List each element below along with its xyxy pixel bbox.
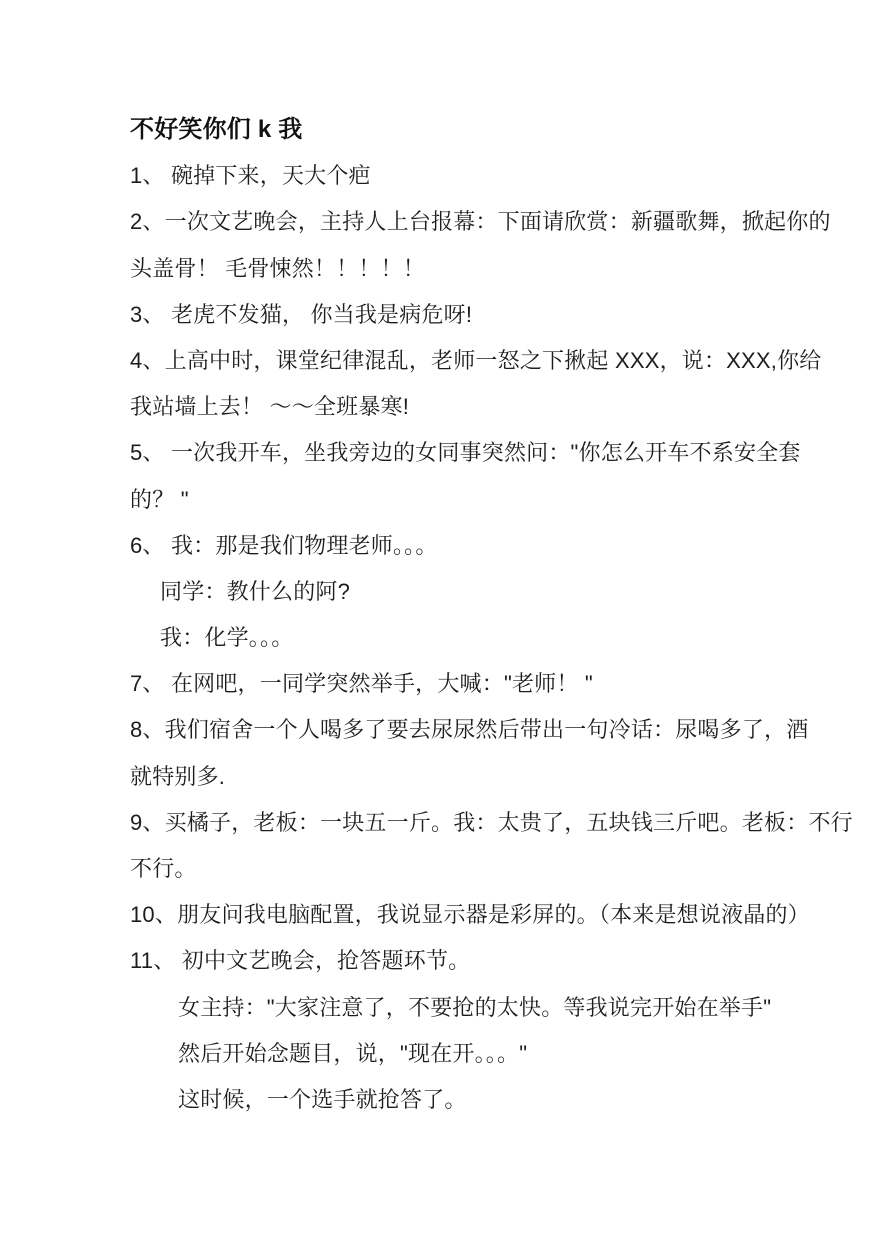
document-line: 2、一次文艺晚会，主持人上台报幕：下面请欣赏：新疆歌舞，掀起你的	[130, 199, 790, 245]
document-line: 1、 碗掉下来，天大个疤	[130, 153, 790, 199]
document-line: 女主持："大家注意了，不要抢的太快。等我说完开始在举手"	[130, 985, 790, 1031]
document-line: 不行。	[130, 846, 790, 892]
document-line: 同学：教什么的阿?	[130, 569, 790, 615]
document-line: 8、我们宿舍一个人喝多了要去尿尿然后带出一句冷话：尿喝多了，酒	[130, 707, 790, 753]
document-line: 我：化学。。。	[130, 615, 790, 661]
document-line: 就特别多.	[130, 754, 790, 800]
document-line: 3、 老虎不发猫， 你当我是病危呀!	[130, 292, 790, 338]
document-line: 然后开始念题目，说，"现在开。。。"	[130, 1031, 790, 1077]
document-line: 5、 一次我开车，坐我旁边的女同事突然问："你怎么开车不系安全套	[130, 430, 790, 476]
document-line: 6、 我：那是我们物理老师。。。	[130, 523, 790, 569]
document-line: 4、上高中时，课堂纪律混乱，老师一怒之下揪起 XXX，说：XXX,你给	[130, 338, 790, 384]
document-line: 7、 在网吧，一同学突然举手，大喊："老师！ "	[130, 661, 790, 707]
document-body: 1、 碗掉下来，天大个疤2、一次文艺晚会，主持人上台报幕：下面请欣赏：新疆歌舞，…	[130, 153, 790, 1123]
document-title: 不好笑你们 k 我	[130, 107, 790, 153]
document-line: 这时候，一个选手就抢答了。	[130, 1077, 790, 1123]
document-page: 不好笑你们 k 我 1、 碗掉下来，天大个疤2、一次文艺晚会，主持人上台报幕：下…	[130, 107, 790, 1123]
document-line: 我站墙上去！ ～～全班暴寒!	[130, 384, 790, 430]
document-line: 的？ "	[130, 477, 790, 523]
document-line: 9、买橘子，老板：一块五一斤。我：太贵了，五块钱三斤吧。老板：不行	[130, 800, 790, 846]
document-line: 11、 初中文艺晚会，抢答题环节。	[130, 938, 790, 984]
document-line: 10、朋友问我电脑配置，我说显示器是彩屏的。（本来是想说液晶的）	[130, 892, 790, 938]
document-line: 头盖骨！ 毛骨悚然！！！！！	[130, 246, 790, 292]
